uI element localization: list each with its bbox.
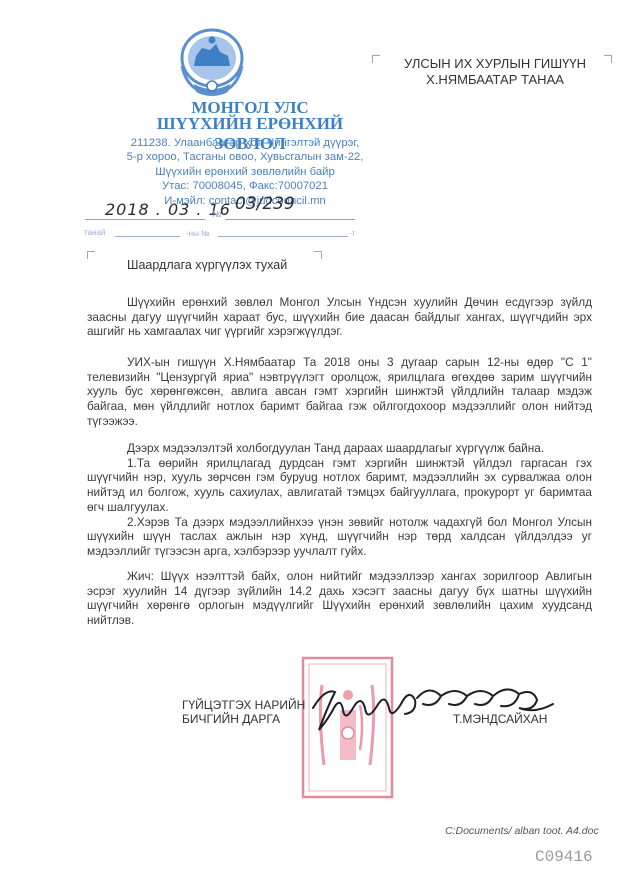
paragraph-text: Шүүхийн ерөнхий зөвлөл Монгол Улсын Үндс… bbox=[87, 295, 592, 338]
address-line: 211238. Улаанбаатар хот, Чингэлтэй дүүрэ… bbox=[120, 136, 370, 150]
note-paragraph: Жич: Шүүх нээлттэй байх, олон нийтийг мэ… bbox=[87, 569, 592, 628]
demand-item-2: 2.Хэрэв Та дээрх мэдээллийнхээ үнэн зөви… bbox=[87, 515, 592, 558]
note-text: Жич: Шүүх нээлттэй байх, олон нийтийг мэ… bbox=[87, 569, 592, 627]
recipient-block: УЛСЫН ИХ ХУРЛЫН ГИШҮҮН Х.НЯМБААТАР ТАНАА bbox=[380, 56, 610, 88]
address-line: Шүүхийн ерөнхий зөвлөлийн байр bbox=[120, 165, 370, 179]
reference-label: танай bbox=[84, 228, 105, 237]
document-serial-number: C09416 bbox=[535, 848, 593, 866]
letter-subject: Шаардлага хүргүүлэх тухай bbox=[127, 258, 287, 272]
file-path: C:Documents/ alban toot. A4.doc bbox=[445, 825, 599, 837]
recipient-corner-mark bbox=[372, 55, 380, 63]
body-paragraph: Шүүхийн ерөнхий зөвлөл Монгол Улсын Үндс… bbox=[87, 295, 592, 339]
address-line: 5-р хороо, Тасганы овоо, Хувьсгалын зам-… bbox=[120, 150, 370, 164]
reference-number-label: -ны № bbox=[186, 229, 210, 238]
phone-fax: Утас: 70008045, Факс:70007021 bbox=[120, 179, 370, 193]
signatory-title-line2: БИЧГИЙН ДАРГА bbox=[182, 712, 305, 726]
subject-corner-mark bbox=[87, 251, 95, 259]
body-paragraph: УИХ-ын гишүүн Х.Нямбаатар Та 2018 оны 3 … bbox=[87, 355, 592, 429]
number-underline bbox=[225, 219, 355, 220]
reference-suffix: -т bbox=[349, 229, 355, 238]
reference-date-line bbox=[115, 236, 180, 237]
signatory-title-line1: ГҮЙЦЭТГЭХ НАРИЙН bbox=[182, 698, 305, 712]
number-label: № bbox=[212, 209, 222, 219]
recipient-title: УЛСЫН ИХ ХУРЛЫН ГИШҮҮН bbox=[380, 56, 610, 72]
mongolia-state-emblem-icon bbox=[172, 26, 252, 102]
handwritten-signature-icon bbox=[305, 678, 560, 738]
reference-number-line bbox=[218, 236, 348, 237]
demands-intro: Дээрх мэдээлэлтэй холбогдуулан Танд дара… bbox=[127, 441, 544, 455]
letter-number: 03/239 bbox=[235, 194, 295, 214]
recipient-name: Х.НЯМБААТАР ТАНАА bbox=[380, 72, 610, 88]
paragraph-text: УИХ-ын гишүүн Х.Нямбаатар Та 2018 оны 3 … bbox=[87, 355, 592, 428]
subject-corner-mark bbox=[314, 251, 322, 259]
signatory-name: Т.МЭНДСАЙХАН bbox=[453, 712, 547, 726]
signatory-title: ГҮЙЦЭТГЭХ НАРИЙН БИЧГИЙН ДАРГА bbox=[182, 698, 305, 726]
demand-item-1: 1.Та өөрийн ярилцлагад дурдсан гэмт хэрг… bbox=[87, 456, 592, 514]
date-underline bbox=[85, 219, 205, 220]
demands-section: Дээрх мэдээлэлтэй холбогдуулан Танд дара… bbox=[87, 441, 592, 559]
